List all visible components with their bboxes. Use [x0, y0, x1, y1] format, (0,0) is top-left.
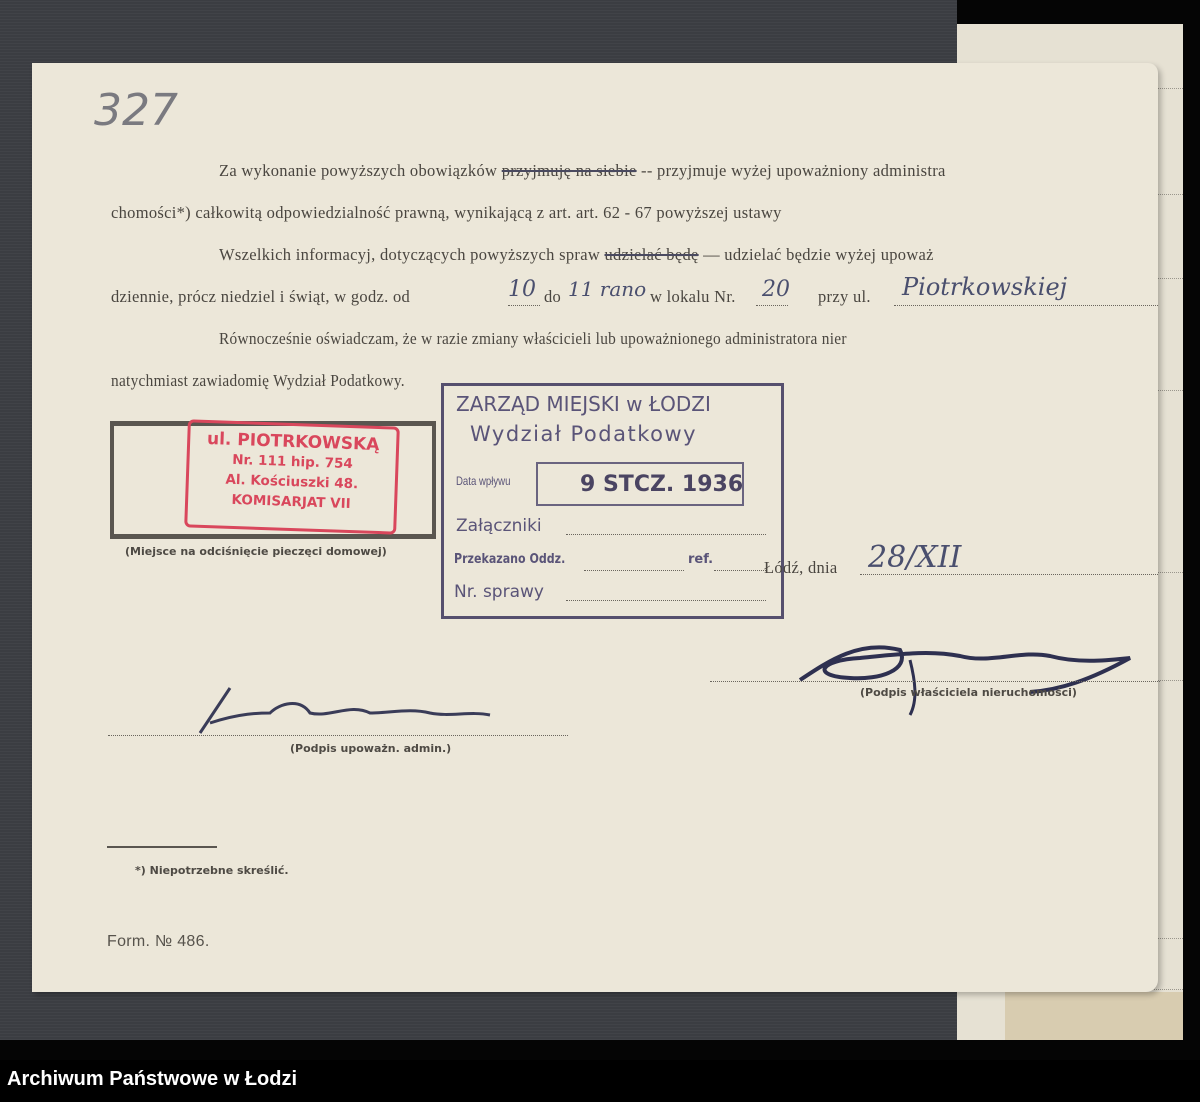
office-stamp-department: Wydział Podatkowy [470, 422, 697, 446]
place-date-label: Łódź, dnia [764, 558, 838, 578]
paragraph-3-line-1: Równocześnie oświadczam, że w razie zmia… [219, 329, 847, 349]
archive-name: Archiwum Państwowe w Łodzi [7, 1068, 297, 1091]
admin-signature-icon [180, 683, 540, 743]
scan-border-right [1183, 0, 1200, 1060]
owner-signature-caption: (Podpis właściciela nieruchomości) [860, 686, 1077, 699]
struck-text: udzielać będę [605, 245, 699, 264]
ref-label: ref. [688, 552, 713, 567]
house-stamp-caption: (Miejsce na odciśnięcie pieczęci domowej… [125, 545, 387, 558]
archive-footer: Archiwum Państwowe w Łodzi [0, 1060, 1200, 1102]
scan-border-top [957, 0, 1200, 26]
paragraph-1-line-2: chomości*) całkowitą odpowiedzialność pr… [111, 203, 782, 223]
office-stamp-title: ZARZĄD MIEJSKI w ŁODZI [456, 392, 711, 416]
attachments-label: Załączniki [456, 516, 542, 536]
scan-border-bottom [0, 1040, 1200, 1060]
date-box: 9 STCZ. 1936 [536, 462, 744, 506]
label-street: przy ul. [818, 287, 871, 307]
admin-signature-caption: (Podpis upoważn. admin.) [290, 742, 451, 755]
office-received-stamp: ZARZĄD MIEJSKI w ŁODZI Wydział Podatkowy… [441, 383, 784, 619]
label-lokal: w lokalu Nr. [650, 287, 736, 307]
place-date-value: 28/XII [868, 540, 961, 575]
archive-number: 327 [94, 85, 178, 136]
label-do: do [544, 287, 561, 307]
paragraph-1-line-1: Za wykonanie powyższych obowiązków przyj… [219, 161, 946, 181]
footnote: *) Niepotrzebne skreślić. [135, 864, 289, 877]
form-number: Form. № 486. [107, 933, 210, 951]
scan-area: 327 Za wykonanie powyższych obowiązków p… [0, 0, 1200, 1060]
hours-from-field: 10 [508, 277, 536, 302]
struck-text: przyjmuję na siebie [502, 161, 637, 180]
received-date: 9 STCZ. 1936 [580, 472, 743, 497]
paragraph-3-line-2: natychmiast zawiadomię Wydział Podatkowy… [111, 371, 405, 391]
hours-to-field: 11 rano [568, 277, 646, 301]
paragraph-2-line-2: dziennie, prócz niedziel i świąt, w godz… [111, 287, 410, 307]
forwarded-label: Przekazano Oddz. [454, 552, 565, 567]
house-stamp: ul. PIOTRKOWSKĄ Nr. 111 hip. 754 Al. Koś… [184, 419, 400, 534]
street-field: Piotrkowskiej [902, 273, 1067, 301]
underlying-sheet-tan [1005, 992, 1183, 1042]
case-number-label: Nr. sprawy [454, 582, 544, 602]
date-label: Data wpływu [456, 474, 510, 488]
local-number-field: 20 [762, 277, 790, 302]
footnote-divider [107, 846, 217, 848]
owner-signature-icon [790, 620, 1150, 720]
paragraph-2-line-1: Wszelkich informacyj, dotyczących powyżs… [219, 245, 934, 265]
